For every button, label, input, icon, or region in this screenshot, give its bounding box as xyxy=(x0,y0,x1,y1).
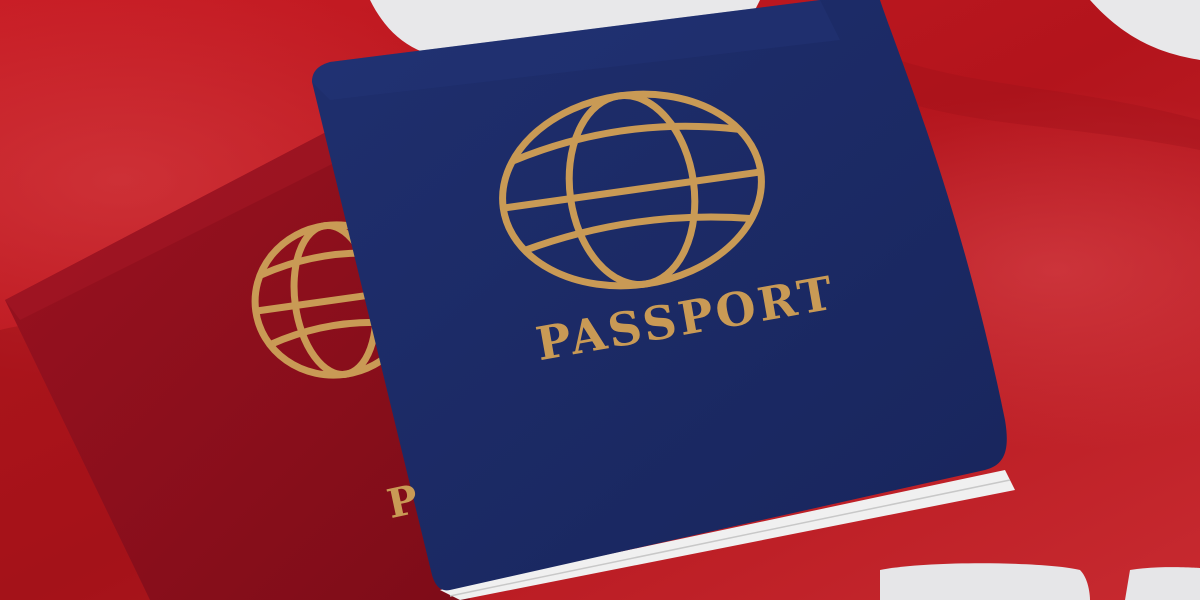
photo-scene: PASSPORT P xyxy=(0,0,1200,600)
flag-background xyxy=(0,0,1200,600)
